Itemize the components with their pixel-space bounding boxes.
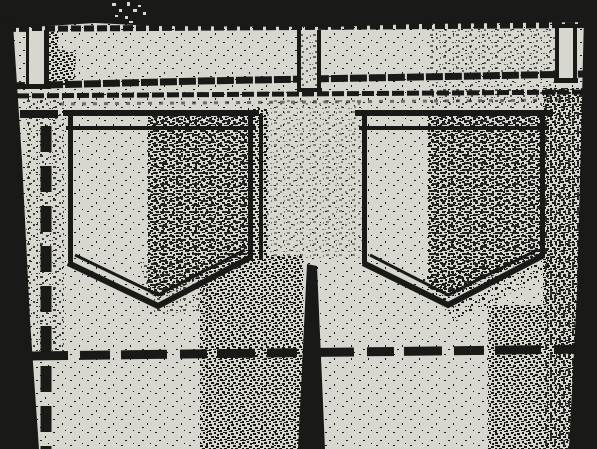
band-speck (138, 5, 141, 7)
left-pocket-right-stitch (259, 114, 263, 260)
right-pocket-top-inner-line (359, 126, 549, 130)
belt-loop-left (25, 30, 51, 89)
belt-loop-center (297, 30, 322, 92)
belt-loop-right (554, 24, 578, 83)
band-speck (119, 9, 122, 12)
belt-loop-center-bottom-bar (297, 88, 322, 92)
band-speck (143, 12, 146, 15)
belt-loop-left-bottom-bar (25, 84, 51, 89)
jeans-halftone-svg (0, 0, 597, 449)
waistband-right-speckle (430, 28, 556, 76)
between-pockets-speckle (266, 98, 362, 258)
scanned-jeans-image (0, 0, 597, 449)
band-speck (115, 15, 118, 17)
band-speck (127, 2, 130, 6)
belt-loop-right-top-bar (554, 24, 578, 28)
band-speck (112, 3, 116, 6)
belt-loop-center-edge-l (297, 30, 301, 90)
belt-loop-right-bottom-bar (554, 78, 578, 83)
belt-loop-right-edge-l (555, 26, 559, 82)
belt-loop-center-edge-r (317, 30, 321, 90)
side-stitch-top-cap (20, 110, 58, 118)
left-pocket-left-edge (68, 112, 73, 265)
belt-loop-left-body (29, 31, 46, 85)
belt-loop-right-edge-r (573, 25, 577, 81)
band-speck (129, 21, 133, 23)
belt-loop-left-edge-l (26, 31, 29, 86)
belt-loop-left-edge-r (44, 30, 49, 88)
below-right-pocket-shading (488, 305, 545, 449)
right-pocket-left-edge (362, 112, 367, 264)
left-pocket-right-edge (248, 112, 253, 260)
left-pocket-top-outer-line (63, 110, 259, 116)
band-speck (133, 9, 137, 12)
right-pocket-right-edge (540, 112, 545, 258)
right-pocket-top-outer-line (355, 110, 553, 116)
band-speck (125, 16, 128, 19)
belt-loop-right-body (559, 27, 574, 79)
belt-loop-center-texture (301, 34, 317, 86)
left-pocket-top-inner-line (66, 126, 256, 130)
